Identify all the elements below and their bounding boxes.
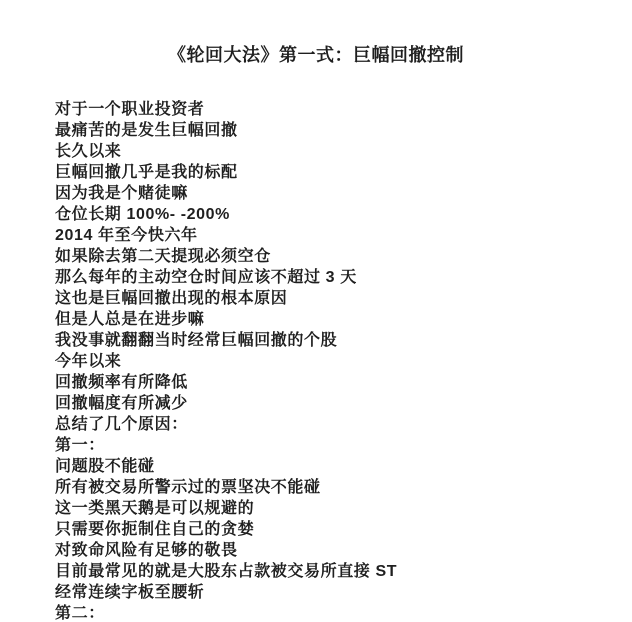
text-line: 最痛苦的是发生巨幅回撤 <box>55 120 602 141</box>
text-line: 目前最常见的就是大股东占款被交易所直接 ST <box>55 561 602 582</box>
text-line: 仓位长期 100%- -200% <box>55 204 602 225</box>
document-body: 对于一个职业投资者 最痛苦的是发生巨幅回撤 长久以来 巨幅回撤几乎是我的标配 因… <box>0 99 632 622</box>
document-page: 《轮回大法》第一式：巨幅回撤控制 对于一个职业投资者 最痛苦的是发生巨幅回撤 长… <box>0 0 632 622</box>
text-line: 经常连续字板至腰斩 <box>55 582 602 603</box>
text-line: 只需要你扼制住自己的贪婪 <box>55 519 602 540</box>
text-line: 我没事就翻翻当时经常巨幅回撤的个股 <box>55 330 602 351</box>
text-line: 那么每年的主动空仓时间应该不超过 3 天 <box>55 267 602 288</box>
text-line: 长久以来 <box>55 141 602 162</box>
text-line: 今年以来 <box>55 351 602 372</box>
text-line: 第二： <box>55 603 602 622</box>
text-line: 但是人总是在进步嘛 <box>55 309 602 330</box>
text-line: 回撤幅度有所减少 <box>55 393 602 414</box>
text-line: 这也是巨幅回撤出现的根本原因 <box>55 288 602 309</box>
text-line: 这一类黑天鹅是可以规避的 <box>55 498 602 519</box>
text-line: 所有被交易所警示过的票坚决不能碰 <box>55 477 602 498</box>
text-line: 对致命风险有足够的敬畏 <box>55 540 602 561</box>
text-line: 2014 年至今快六年 <box>55 225 602 246</box>
text-line: 巨幅回撤几乎是我的标配 <box>55 162 602 183</box>
text-line: 回撤频率有所降低 <box>55 372 602 393</box>
text-line: 如果除去第二天提现必须空仓 <box>55 246 602 267</box>
text-line: 第一： <box>55 435 602 456</box>
text-line: 对于一个职业投资者 <box>55 99 602 120</box>
text-line: 因为我是个赌徒嘛 <box>55 183 602 204</box>
text-line: 问题股不能碰 <box>55 456 602 477</box>
text-line: 总结了几个原因： <box>55 414 602 435</box>
page-title: 《轮回大法》第一式：巨幅回撤控制 <box>0 0 632 66</box>
